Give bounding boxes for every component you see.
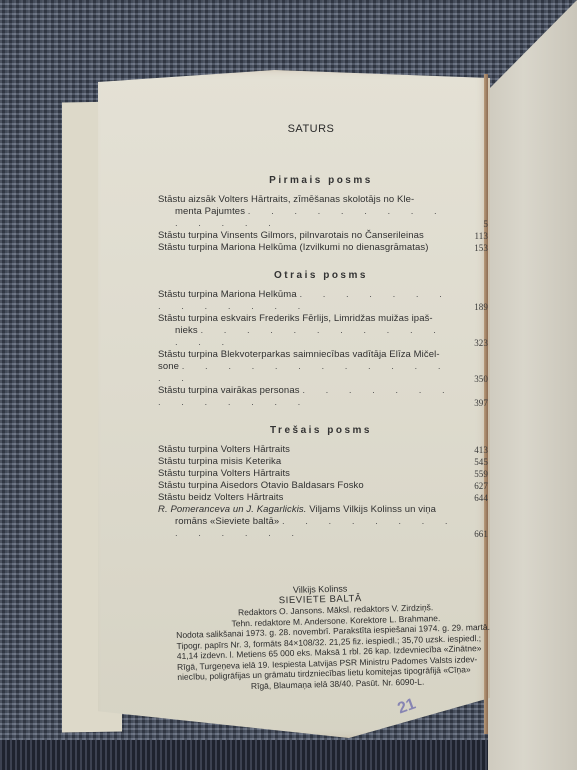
- toc-entry: Stāstu turpina Mariona Helkūma . . . . .…: [158, 289, 484, 313]
- toc-entry: Stāstu aizsāk Volters Hārtraits, zīmēšan…: [158, 194, 484, 230]
- page-number: 644: [470, 492, 488, 504]
- page-number: 350: [470, 373, 488, 385]
- page-number: 627: [470, 480, 488, 492]
- page-number: 5: [470, 218, 488, 230]
- page-number: 189: [470, 301, 488, 313]
- page-number: 323: [470, 337, 488, 349]
- toc-entry: R. Pomeranceva un J. Kagarlickis. Viljam…: [158, 504, 484, 540]
- section-entries-2: Stāstu turpina Mariona Helkūma . . . . .…: [158, 289, 484, 409]
- section-title-1: Pirmais posms: [158, 175, 484, 186]
- toc-title: SATURS: [138, 123, 484, 135]
- section-title-3: Trešais posms: [158, 425, 484, 436]
- toc-entry: Stāstu turpina Volters Hārtraits 413: [158, 444, 484, 456]
- toc-entry: Stāstu turpina Vinsents Gilmors, pilnvar…: [158, 230, 484, 242]
- table-of-contents: SATURS Pirmais posms Stāstu aizsāk Volte…: [158, 118, 484, 540]
- toc-entry: Stāstu turpina Volters Hārtraits 559: [158, 468, 484, 480]
- page-number: 661: [470, 528, 488, 540]
- page-number: 113: [470, 230, 488, 242]
- section-title-2: Otrais posms: [158, 270, 484, 281]
- toc-entry: Stāstu turpina vairākas personas . . . .…: [158, 385, 484, 409]
- page-number: 397: [470, 397, 488, 409]
- colophon: Vilkijs Kolinss SIEVIETE BALTĀ Redaktors…: [175, 580, 498, 693]
- section-entries-1: Stāstu aizsāk Volters Hārtraits, zīmēšan…: [158, 194, 484, 254]
- essay-authors: R. Pomeranceva un J. Kagarlickis.: [158, 504, 307, 515]
- toc-entry: Stāstu turpina Aisedors Otavio Baldasars…: [158, 480, 484, 492]
- page-number: 559: [470, 468, 488, 480]
- page-number: 153: [470, 242, 488, 254]
- toc-entry: Stāstu turpina Blekvoterparkas saimniecī…: [158, 349, 484, 385]
- toc-entry: Stāstu turpina Mariona Helkūma (Izvilkum…: [158, 242, 484, 254]
- section-entries-3: Stāstu turpina Volters Hārtraits 413 Stā…: [158, 444, 484, 540]
- book-cover-right: [488, 0, 577, 770]
- toc-entry: Stāstu turpina eskvairs Frederiks Fērlij…: [158, 313, 484, 349]
- toc-entry: Stāstu turpina misis Keterika 545: [158, 456, 484, 468]
- page-number: 413: [470, 444, 488, 456]
- toc-entry: Stāstu beidz Volters Hārtraits 644: [158, 492, 484, 504]
- page-number: 545: [470, 456, 488, 468]
